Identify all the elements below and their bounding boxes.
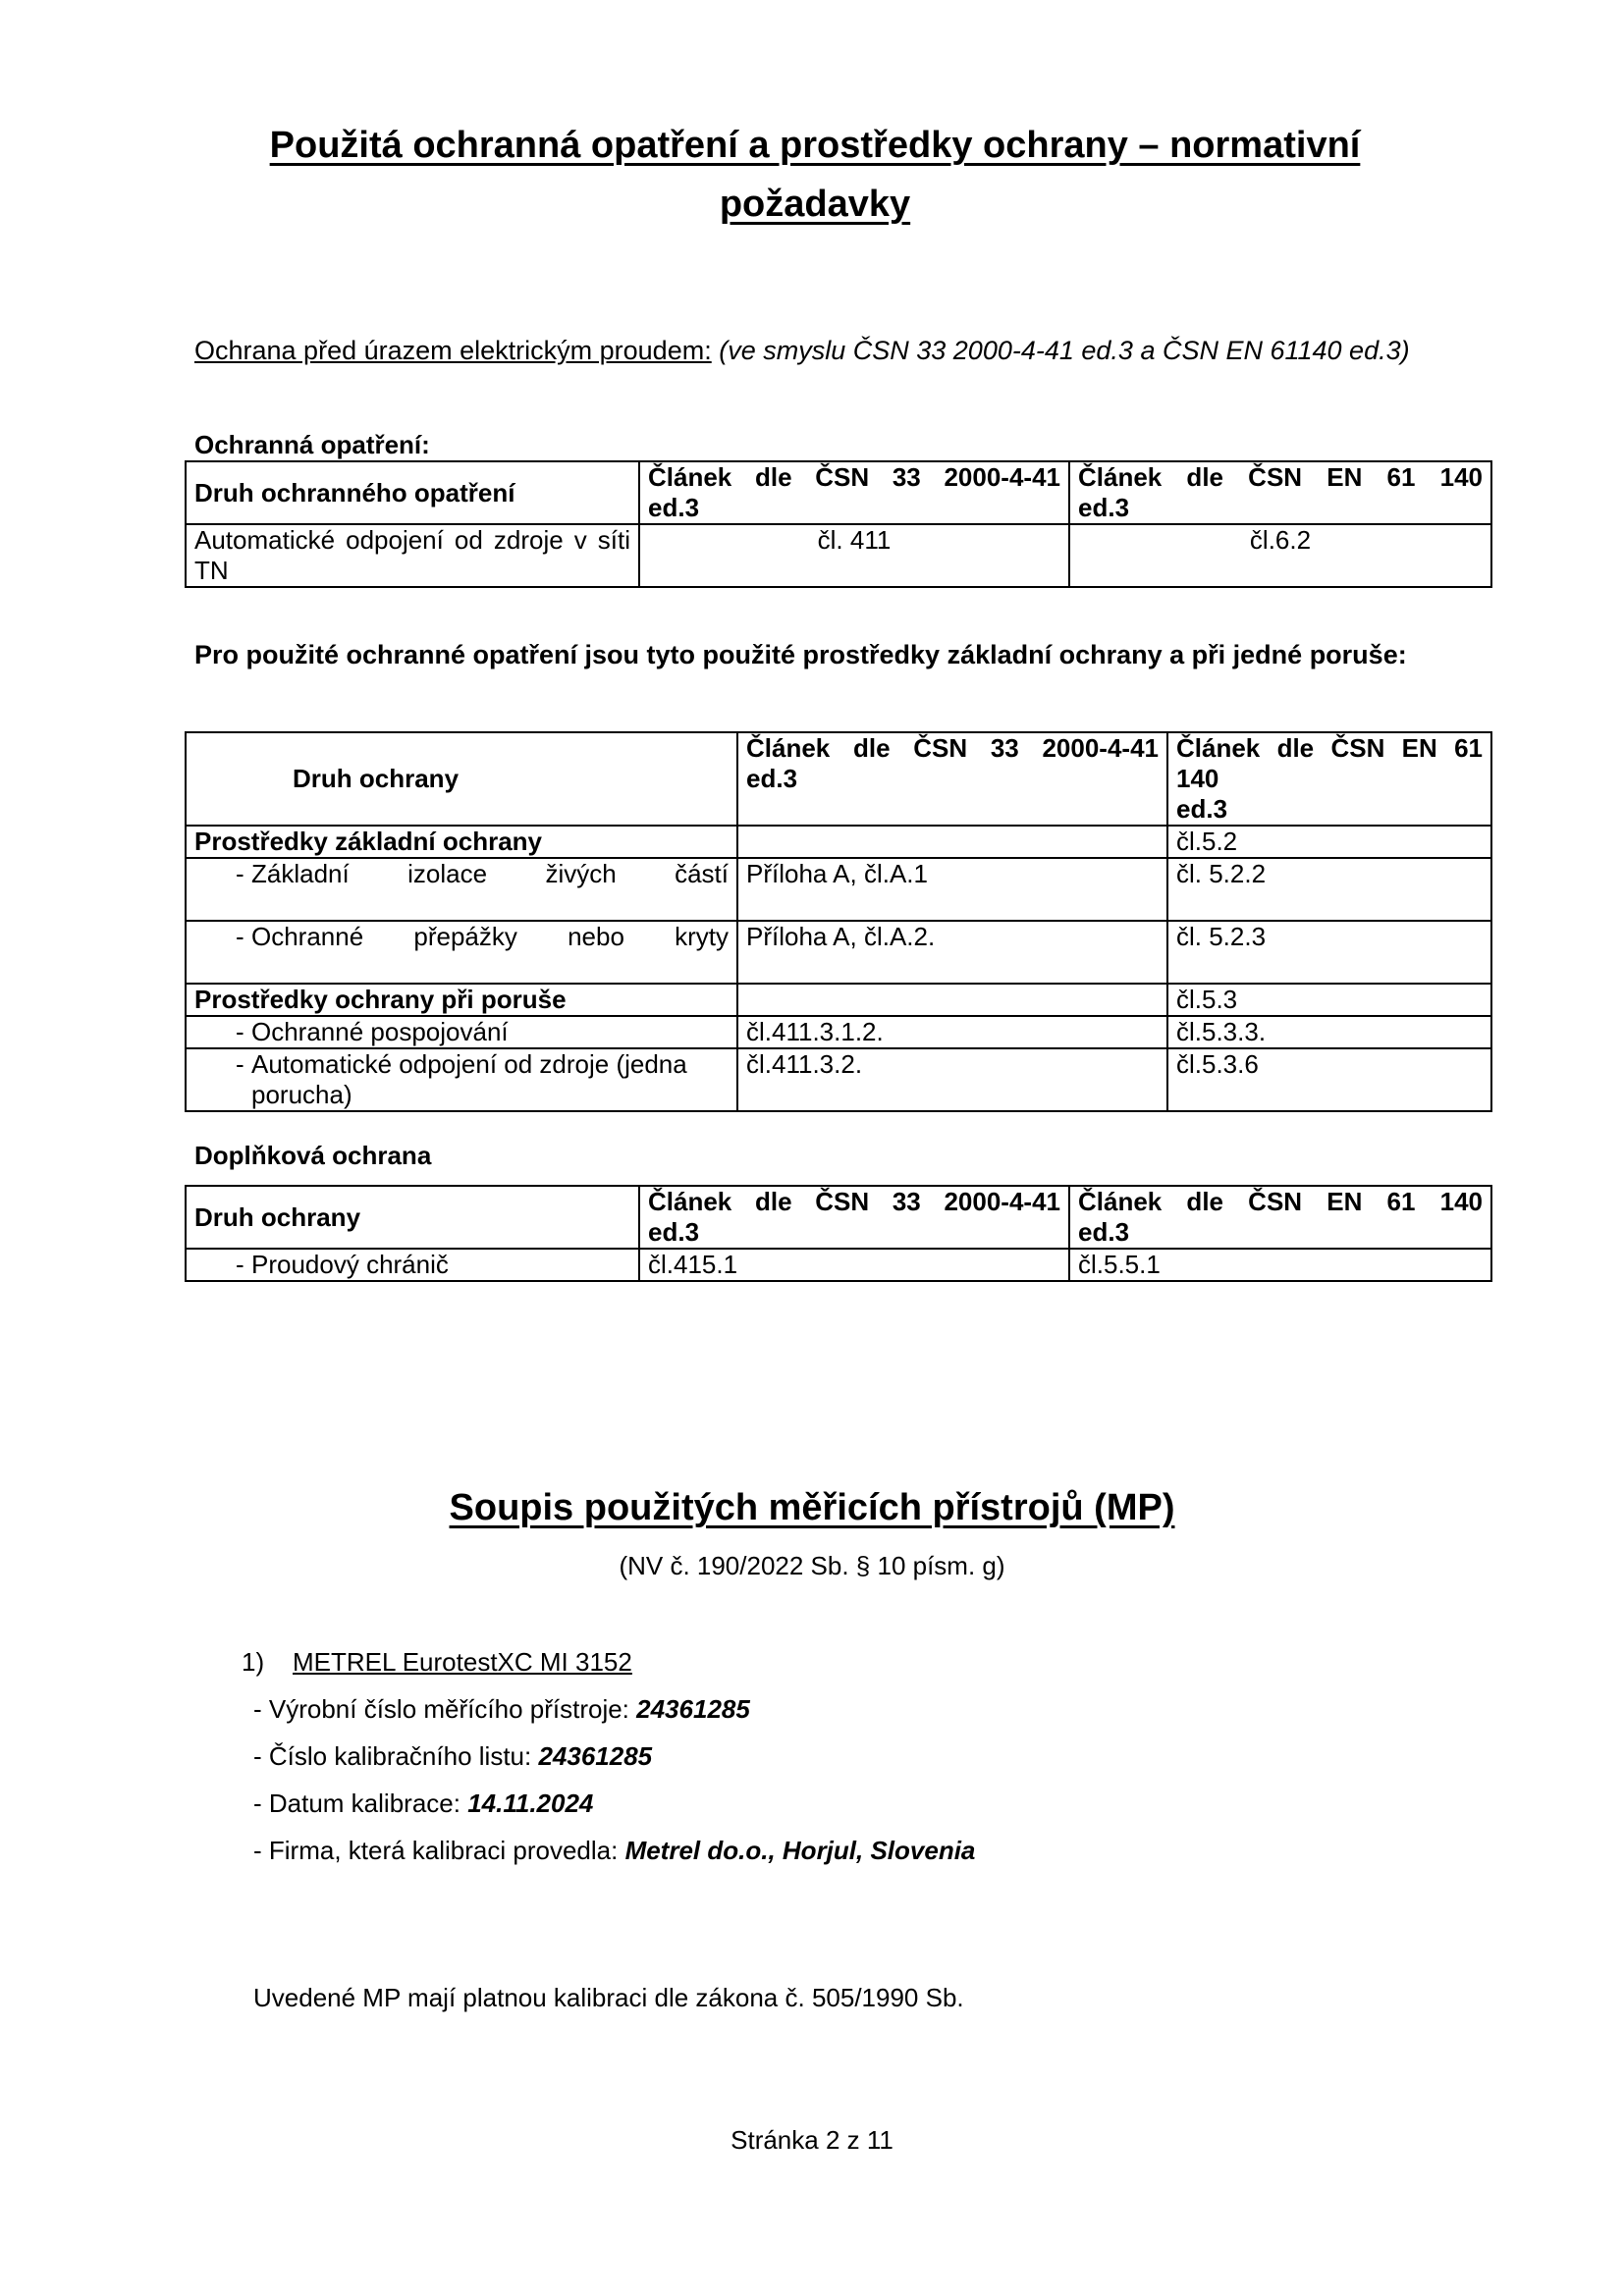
- cell-type: -Ochranné pospojování: [186, 1016, 737, 1048]
- instrument-detail: - Výrobní číslo měřícího přístroje: 2436…: [253, 1694, 750, 1725]
- cell-csn: čl. 411: [639, 524, 1069, 587]
- cell-csn: Příloha A, čl.A.2.: [737, 921, 1167, 984]
- table-row: -Základní izolace živých částí Příloha A…: [186, 858, 1491, 921]
- cell-type: Prostředky ochrany při poruše: [186, 984, 737, 1016]
- header-cell: Článek dle ČSN EN 61 140 ed.3: [1069, 461, 1491, 524]
- table-row: Prostředky základní ochrany čl.5.2: [186, 826, 1491, 858]
- measures-label: Ochranná opatření:: [194, 430, 430, 460]
- cell-csn: [737, 826, 1167, 858]
- cell-csn: [737, 984, 1167, 1016]
- section-title-instruments: Soupis použitých měřicích přístrojů (MP): [0, 1487, 1624, 1529]
- table-row: -Ochranné pospojování čl.411.3.1.2. čl.5…: [186, 1016, 1491, 1048]
- header-cell: Článek dle ČSN 33 2000-4-41 ed.3: [639, 461, 1069, 524]
- cell-en: čl.5.2: [1167, 826, 1491, 858]
- instrument-detail: - Číslo kalibračního listu: 24361285: [253, 1741, 652, 1772]
- table-row: Automatické odpojení od zdroje v síti TN…: [186, 524, 1491, 587]
- cell-type: Prostředky základní ochrany: [186, 826, 737, 858]
- cell-en: čl.6.2: [1069, 524, 1491, 587]
- page-number: Stránka 2 z 11: [0, 2125, 1624, 2156]
- cell-en: čl.5.3: [1167, 984, 1491, 1016]
- means-table: Druh ochrany Článek dle ČSN 33 2000-4-41…: [185, 731, 1492, 1112]
- calibration-sheet-number: 24361285: [538, 1741, 652, 1771]
- table-header-row: Druh ochrany Článek dle ČSN 33 2000-4-41…: [186, 732, 1491, 826]
- cell-en: čl.5.3.3.: [1167, 1016, 1491, 1048]
- cell-en: čl. 5.2.2: [1167, 858, 1491, 921]
- cell-type: -Automatické odpojení od zdroje (jedna p…: [186, 1048, 737, 1111]
- calibration-note: Uvedené MP mají platnou kalibraci dle zá…: [253, 1983, 964, 2013]
- cell-en: čl.5.3.6: [1167, 1048, 1491, 1111]
- table-row: -Proudový chránič čl.415.1 čl.5.5.1: [186, 1249, 1491, 1281]
- header-cell: Druh ochrany: [186, 1186, 639, 1249]
- section-subtitle: (NV č. 190/2022 Sb. § 10 písm. g): [0, 1551, 1624, 1581]
- intro-paragraph: Ochrana před úrazem elektrickým proudem:…: [194, 324, 1471, 377]
- calibration-company: Metrel do.o., Horjul, Slovenia: [625, 1836, 976, 1865]
- header-cell: Druh ochranného opatření: [186, 461, 639, 524]
- instrument-detail: - Firma, která kalibraci provedla: Metre…: [253, 1836, 975, 1866]
- serial-number: 24361285: [636, 1694, 750, 1724]
- header-cell: Článek dle ČSN EN 61 140 ed.3: [1069, 1186, 1491, 1249]
- cell-type: -Základní izolace živých částí: [186, 858, 737, 921]
- supplementary-table: Druh ochrany Článek dle ČSN 33 2000-4-41…: [185, 1185, 1492, 1282]
- table-row: -Automatické odpojení od zdroje (jedna p…: [186, 1048, 1491, 1111]
- measures-table: Druh ochranného opatření Článek dle ČSN …: [185, 460, 1492, 588]
- instrument-name: METREL EurotestXC MI 3152: [293, 1647, 632, 1677]
- cell-type: -Ochranné přepážky nebo kryty: [186, 921, 737, 984]
- header-cell: Článek dle ČSN 33 2000-4-41 ed.3: [737, 732, 1167, 826]
- cell-type: Automatické odpojení od zdroje v síti TN: [186, 524, 639, 587]
- calibration-date: 14.11.2024: [467, 1789, 593, 1818]
- intro-italic: (ve smyslu ČSN 33 2000-4-41 ed.3 a ČSN E…: [719, 336, 1409, 365]
- cell-csn: čl.415.1: [639, 1249, 1069, 1281]
- instrument-number: 1): [242, 1647, 293, 1678]
- supplementary-label: Doplňková ochrana: [194, 1141, 431, 1171]
- instrument-heading: 1)METREL EurotestXC MI 3152: [242, 1647, 632, 1678]
- table-row: Prostředky ochrany při poruše čl.5.3: [186, 984, 1491, 1016]
- header-cell: Článek dle ČSN EN 61 140 ed.3: [1167, 732, 1491, 826]
- document-page: Použitá ochranná opatření a prostředky o…: [0, 0, 1624, 2296]
- cell-csn: Příloha A, čl.A.1: [737, 858, 1167, 921]
- means-paragraph: Pro použité ochranné opatření jsou tyto …: [194, 628, 1441, 681]
- cell-en: čl.5.5.1: [1069, 1249, 1491, 1281]
- cell-csn: čl.411.3.1.2.: [737, 1016, 1167, 1048]
- cell-en: čl. 5.2.3: [1167, 921, 1491, 984]
- table-header-row: Druh ochranného opatření Článek dle ČSN …: [186, 461, 1491, 524]
- header-cell: Článek dle ČSN 33 2000-4-41 ed.3: [639, 1186, 1069, 1249]
- instrument-detail: - Datum kalibrace: 14.11.2024: [253, 1789, 593, 1819]
- section-title-protective-measures: Použitá ochranná opatření a prostředky o…: [187, 116, 1443, 234]
- table-header-row: Druh ochrany Článek dle ČSN 33 2000-4-41…: [186, 1186, 1491, 1249]
- cell-type: -Proudový chránič: [186, 1249, 639, 1281]
- intro-underlined: Ochrana před úrazem elektrickým proudem:: [194, 336, 712, 365]
- table-row: -Ochranné přepážky nebo kryty Příloha A,…: [186, 921, 1491, 984]
- header-cell: Druh ochrany: [186, 732, 737, 826]
- cell-csn: čl.411.3.2.: [737, 1048, 1167, 1111]
